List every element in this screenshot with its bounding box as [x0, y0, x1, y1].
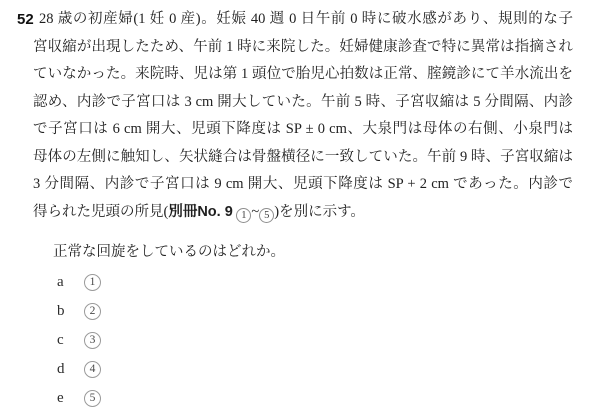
- body-line-appendix-ref: 得られた児頭の所見(別冊No. 9 1~5)を別に示す。: [33, 199, 573, 227]
- circled-number-icon: 1: [84, 274, 101, 291]
- choice-row-a: a 1: [57, 268, 101, 297]
- body-line: 28 歳の初産婦(1 妊 0 産)。妊娠 40 週 0 日午前 0 時に破水感が…: [33, 6, 573, 34]
- appendix-pre-text: 得られた児頭の所見(: [33, 204, 168, 220]
- question-number: 52: [17, 6, 34, 34]
- choice-row-d: d 4: [57, 355, 101, 384]
- circled-number-icon: 5: [84, 390, 101, 407]
- choice-row-e: e 5: [57, 384, 101, 413]
- choice-letter: d: [57, 361, 68, 378]
- circled-number-icon: 5: [259, 208, 274, 223]
- body-line: 母体の左側に触知し、矢状縫合は骨盤横径に一致していた。午前 9 時、子宮収縮は: [33, 144, 573, 172]
- choice-list: a 1 b 2 c 3 d 4 e 5: [57, 268, 101, 413]
- circled-number-icon: 2: [84, 303, 101, 320]
- range-tilde: ~: [251, 204, 259, 220]
- appendix-post-text: )を別に示す。: [274, 204, 365, 220]
- question-prompt: 正常な回旋をしているのはどれか。: [53, 239, 285, 267]
- choice-row-c: c 3: [57, 326, 101, 355]
- question-body: 28 歳の初産婦(1 妊 0 産)。妊娠 40 週 0 日午前 0 時に破水感が…: [33, 6, 573, 226]
- exam-question-page: 52 28 歳の初産婦(1 妊 0 産)。妊娠 40 週 0 日午前 0 時に破…: [0, 0, 590, 417]
- circled-number-icon: 3: [84, 332, 101, 349]
- body-line: ていなかった。来院時、児は第 1 頭位で胎児心拍数は正常、腟鏡診にて羊水流出を: [33, 61, 573, 89]
- choice-letter: e: [57, 390, 68, 407]
- appendix-booklet-label: 別冊No. 9: [168, 204, 232, 220]
- body-line: 認め、内診で子宮口は 3 cm 開大していた。午前 5 時、子宮収縮は 5 分間…: [33, 89, 573, 117]
- choice-row-b: b 2: [57, 297, 101, 326]
- body-line: で子宮口は 6 cm 開大、児頭下降度は SP ± 0 cm、大泉門は母体の右側…: [33, 116, 573, 144]
- choice-letter: b: [57, 303, 68, 320]
- choice-letter: c: [57, 332, 68, 349]
- circled-number-icon: 4: [84, 361, 101, 378]
- choice-letter: a: [57, 274, 68, 291]
- body-line: 3 分間隔、内診で子宮口は 9 cm 開大、児頭下降度は SP + 2 cm で…: [33, 171, 573, 199]
- circled-number-icon: 1: [236, 208, 251, 223]
- body-line: 宮収縮が出現したため、午前 1 時に来院した。妊婦健康診査で特に異常は指摘され: [33, 34, 573, 62]
